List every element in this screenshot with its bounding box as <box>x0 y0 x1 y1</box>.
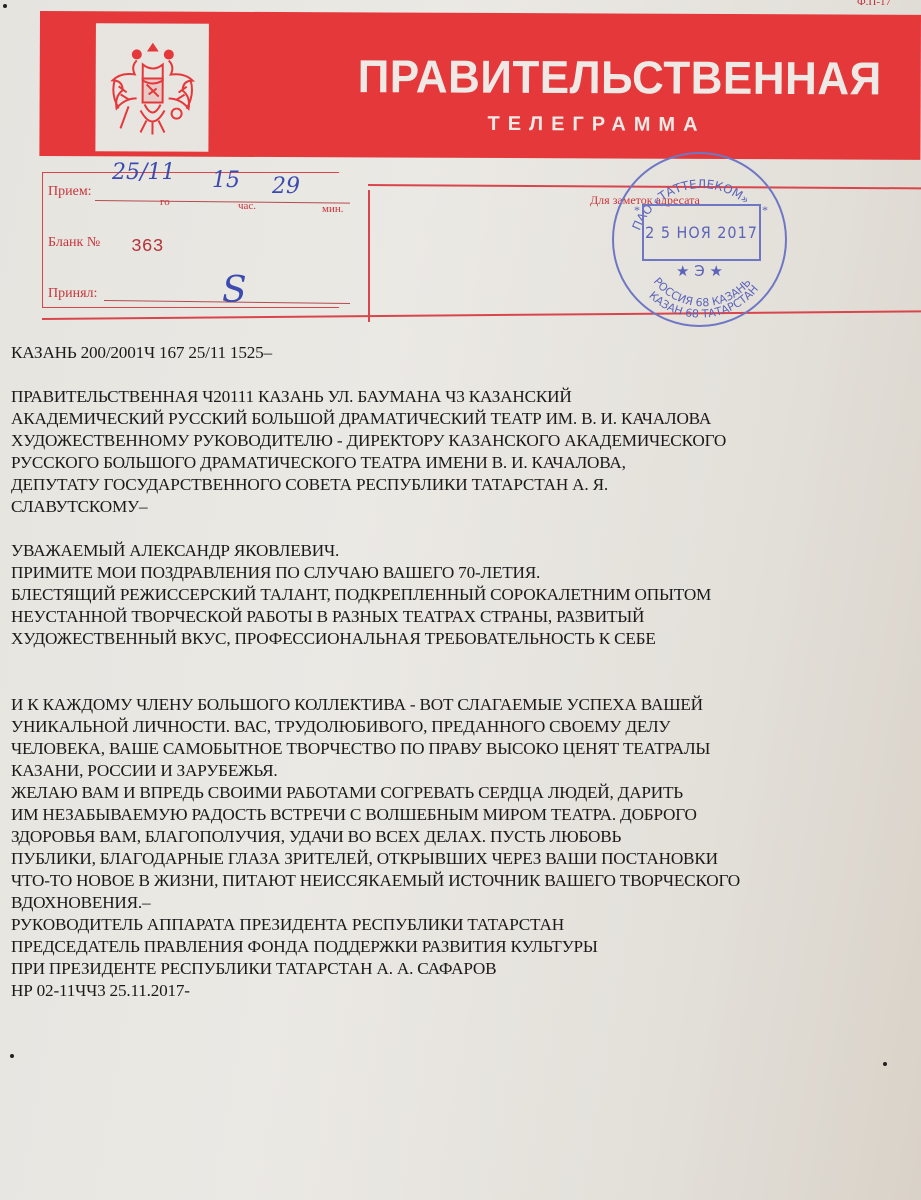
accepted-signature: S <box>222 270 247 311</box>
message-line: ЧТО-ТО НОВОЕ В ЖИЗНИ, ПИТАЮТ НЕИССЯКАЕМЫ… <box>11 870 911 892</box>
received-hour-handwritten: 15 <box>212 168 240 193</box>
minute-suffix: мин. <box>322 203 343 215</box>
russian-coat-of-arms-icon <box>106 34 198 140</box>
stamp-center-mark: ★ Э ★ <box>614 262 785 280</box>
postal-stamp: ПАО «ТАТТЕЛЕКОМ» РОССИЯ 68 КАЗАНЬ КАЗАН … <box>612 152 787 327</box>
form-code: Ф.П-17 <box>857 0 891 8</box>
message-line: ЧЕЛОВЕКА, ВАШЕ САМОБЫТНОЕ ТВОРЧЕСТВО ПО … <box>11 738 911 760</box>
paper-speck <box>883 1062 887 1066</box>
message-line: ЗДОРОВЬЯ ВАМ, БЛАГОПОЛУЧИЯ, УДАЧИ ВО ВСЕ… <box>11 826 911 848</box>
address-block: ПРАВИТЕЛЬСТВЕННАЯ Ч20111 КАЗАНЬ УЛ. БАУМ… <box>11 386 911 518</box>
paper-speck <box>10 1054 14 1058</box>
signature-block: РУКОВОДИТЕЛЬ АППАРАТА ПРЕЗИДЕНТА РЕСПУБЛ… <box>11 914 911 980</box>
message-line: ЖЕЛАЮ ВАМ И ВПРЕДЬ СВОИМИ РАБОТАМИ СОГРЕ… <box>11 782 911 804</box>
address-line: ДЕПУТАТУ ГОСУДАРСТВЕННОГО СОВЕТА РЕСПУБЛ… <box>11 474 911 496</box>
paper-speck <box>3 4 7 8</box>
banner-title: ПРАВИТЕЛЬСТВЕННАЯ <box>358 51 882 106</box>
footer-line: НР 02-11ЧЧ3 25.11.2017- <box>11 980 911 1002</box>
address-line: АКАДЕМИЧЕСКИЙ РУССКИЙ БОЛЬШОЙ ДРАМАТИЧЕС… <box>11 408 911 430</box>
hour-suffix: час. <box>238 200 256 212</box>
stamp-date: 2 5 НОЯ 2017 <box>642 204 761 261</box>
day-suffix: го <box>160 196 170 208</box>
received-label: Прием: <box>48 184 92 200</box>
message-line: БЛЕСТЯЩИЙ РЕЖИССЕРСКИЙ ТАЛАНТ, ПОДКРЕПЛЕ… <box>11 584 911 606</box>
address-line: СЛАВУТСКОМУ– <box>11 496 911 518</box>
address-line: ПРАВИТЕЛЬСТВЕННАЯ Ч20111 КАЗАНЬ УЛ. БАУМ… <box>11 386 911 408</box>
tear-line <box>42 310 921 320</box>
banner-subtitle: ТЕЛЕГРАММА <box>487 113 705 137</box>
message-line: ВДОХНОВЕНИЯ.– <box>11 892 911 914</box>
received-minute-handwritten: 29 <box>272 174 300 199</box>
signature-line: ПРИ ПРЕЗИДЕНТЕ РЕСПУБЛИКИ ТАТАРСТАН А. А… <box>11 958 911 980</box>
message-line: И К КАЖДОМУ ЧЛЕНУ БОЛЬШОГО КОЛЛЕКТИВА - … <box>11 694 911 716</box>
blank-number: 363 <box>131 237 163 257</box>
message-line: ХУДОЖЕСТВЕННЫЙ ВКУС, ПРОФЕССИОНАЛЬНАЯ ТР… <box>11 628 911 650</box>
emblem-box <box>95 23 209 151</box>
header-banner: ПРАВИТЕЛЬСТВЕННАЯ ТЕЛЕГРАММА <box>39 11 921 160</box>
address-line: ХУДОЖЕСТВЕННОМУ РУКОВОДИТЕЛЮ - ДИРЕКТОРУ… <box>11 430 911 452</box>
blank-label: Бланк № <box>48 235 100 251</box>
message-line: УВАЖАЕМЫЙ АЛЕКСАНДР ЯКОВЛЕВИЧ. <box>11 540 911 562</box>
received-date-handwritten: 25/11 <box>112 160 175 185</box>
message-line: ПУБЛИКИ, БЛАГОДАРНЫЕ ГЛАЗА ЗРИТЕЛЕЙ, ОТК… <box>11 848 911 870</box>
greeting-block: УВАЖАЕМЫЙ АЛЕКСАНДР ЯКОВЛЕВИЧ.ПРИМИТЕ МО… <box>11 540 911 650</box>
svg-text:*: * <box>762 203 768 217</box>
message-line: ИМ НЕЗАБЫВАЕМУЮ РАДОСТЬ ВСТРЕЧИ С ВОЛШЕБ… <box>11 804 911 826</box>
telegram-body: КАЗАНЬ 200/2001Ч 167 25/11 1525– ПРАВИТЕ… <box>11 342 911 1002</box>
svg-text:*: * <box>634 203 640 217</box>
message-line: КАЗАНИ, РОССИИ И ЗАРУБЕЖЬЯ. <box>11 760 911 782</box>
accepted-label: Принял: <box>48 286 97 302</box>
message-line: ПРИМИТЕ МОИ ПОЗДРАВЛЕНИЯ ПО СЛУЧАЮ ВАШЕГ… <box>11 562 911 584</box>
message-block: И К КАЖДОМУ ЧЛЕНУ БОЛЬШОГО КОЛЛЕКТИВА - … <box>11 694 911 914</box>
signature-line: ПРЕДСЕДАТЕЛЬ ПРАВЛЕНИЯ ФОНДА ПОДДЕРЖКИ Р… <box>11 936 911 958</box>
message-line: УНИКАЛЬНОЙ ЛИЧНОСТИ. ВАС, ТРУДОЛЮБИВОГО,… <box>11 716 911 738</box>
address-line: РУССКОГО БОЛЬШОГО ДРАМАТИЧЕСКОГО ТЕАТРА … <box>11 452 911 474</box>
signature-line: РУКОВОДИТЕЛЬ АППАРАТА ПРЕЗИДЕНТА РЕСПУБЛ… <box>11 914 911 936</box>
message-line: НЕУСТАННОЙ ТВОРЧЕСКОЙ РАБОТЫ В РАЗНЫХ ТЕ… <box>11 606 911 628</box>
reception-divider <box>368 190 370 322</box>
header-line: КАЗАНЬ 200/2001Ч 167 25/11 1525– <box>11 342 911 364</box>
